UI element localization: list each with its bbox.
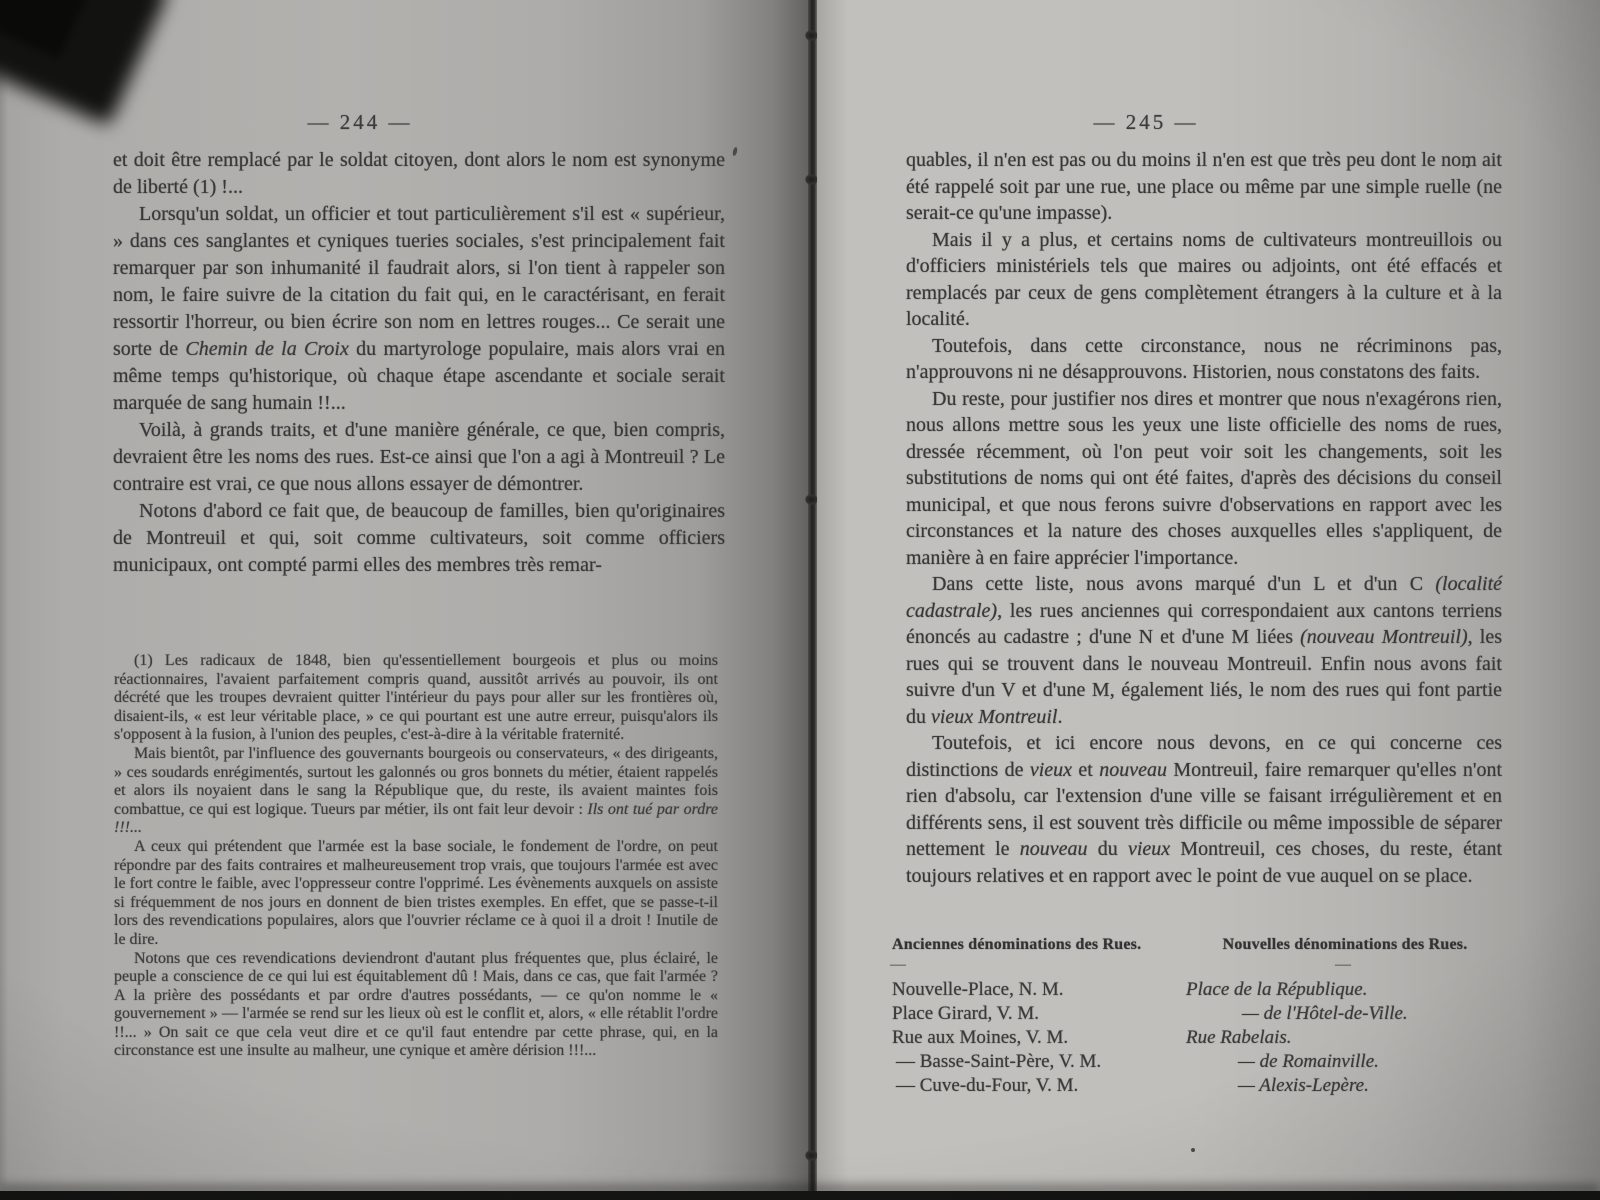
old-street-name: Nouvelle-Place, N. M. (890, 978, 1184, 1002)
page-244: — 244 — et doit être remplacé par le sol… (0, 0, 812, 1200)
new-street-name: — de l'Hôtel-de-Ville. (1184, 1002, 1504, 1026)
divider-dash: — (890, 954, 1182, 978)
page-number-244: — 244 — (60, 110, 660, 135)
paragraph: quables, il n'en est pas ou du moins il … (906, 147, 1502, 227)
table-row: Rue aux Moines, V. M. Rue Rabelais. (890, 1026, 1504, 1050)
new-street-name: Rue Rabelais. (1184, 1026, 1504, 1050)
page-245: — 245 — quables, il n'en est pas ou du m… (817, 0, 1600, 1200)
paragraph: Mais il y a plus, et certains noms de cu… (906, 227, 1502, 333)
table-row: — Basse-Saint-Père, V. M. — de Romainvil… (890, 1050, 1504, 1074)
dust-speck (1191, 1148, 1195, 1152)
old-names-header: Anciennes dénominations des Rues. (890, 936, 1184, 954)
table-row: — Cuve-du-Four, V. M. — Alexis-Lepère. (890, 1074, 1504, 1098)
page-245-body: quables, il n'en est pas ou du moins il … (906, 147, 1502, 889)
street-names-table: Anciennes dénominations des Rues. Nouvel… (890, 936, 1504, 1098)
new-names-header: Nouvelles dénominations des Rues. (1184, 936, 1504, 954)
paragraph: Voilà, à grands traits, et d'une manière… (113, 417, 725, 498)
footnote-paragraph: Mais bientôt, par l'influence des gouver… (114, 745, 718, 838)
table-divider-row: — — (890, 954, 1504, 978)
divider-dash: — (1182, 954, 1504, 978)
old-street-name: Place Girard, V. M. (890, 1002, 1184, 1026)
paragraph: Toutefois, et ici encore nous devons, en… (906, 730, 1502, 889)
old-street-name: — Basse-Saint-Père, V. M. (890, 1050, 1188, 1074)
new-street-name: — de Romainville. (1188, 1050, 1504, 1074)
paragraph: Dans cette liste, nous avons marqué d'un… (906, 571, 1502, 730)
page-244-body: et doit être remplacé par le soldat cito… (113, 147, 725, 579)
paragraph: Toutefois, dans cette circonstance, nous… (906, 333, 1502, 386)
table-rows: Nouvelle-Place, N. M. Place de la Républ… (890, 978, 1504, 1098)
table-row: Nouvelle-Place, N. M. Place de la Républ… (890, 978, 1504, 1002)
old-street-name: Rue aux Moines, V. M. (890, 1026, 1184, 1050)
page-number-245: — 245 — (906, 110, 1386, 135)
book-gutter (808, 0, 817, 1200)
table-header-row: Anciennes dénominations des Rues. Nouvel… (890, 936, 1504, 954)
footnote-paragraph: Notons que ces revendications deviendron… (114, 950, 718, 1062)
paragraph: Lorsqu'un soldat, un officier et tout pa… (113, 201, 725, 417)
photo-bottom-edge (0, 1191, 1600, 1200)
old-street-name: — Cuve-du-Four, V. M. (890, 1074, 1188, 1098)
paragraph: Du reste, pour justifier nos dires et mo… (906, 386, 1502, 572)
paragraph: et doit être remplacé par le soldat cito… (113, 147, 725, 201)
new-street-name: — Alexis-Lepère. (1188, 1074, 1504, 1098)
page-244-footnote: (1) Les radicaux de 1848, bien qu'essent… (114, 652, 718, 1061)
table-row: Place Girard, V. M. — de l'Hôtel-de-Vill… (890, 1002, 1504, 1026)
footnote-paragraph: A ceux qui prétendent que l'armée est la… (114, 838, 718, 950)
footnote-paragraph: (1) Les radicaux de 1848, bien qu'essent… (114, 652, 718, 745)
book-photo: — 244 — et doit être remplacé par le sol… (0, 0, 1600, 1200)
new-street-name: Place de la République. (1184, 978, 1504, 1002)
dust-speck (1466, 165, 1469, 168)
paragraph: Notons d'abord ce fait que, de beaucoup … (113, 498, 725, 579)
